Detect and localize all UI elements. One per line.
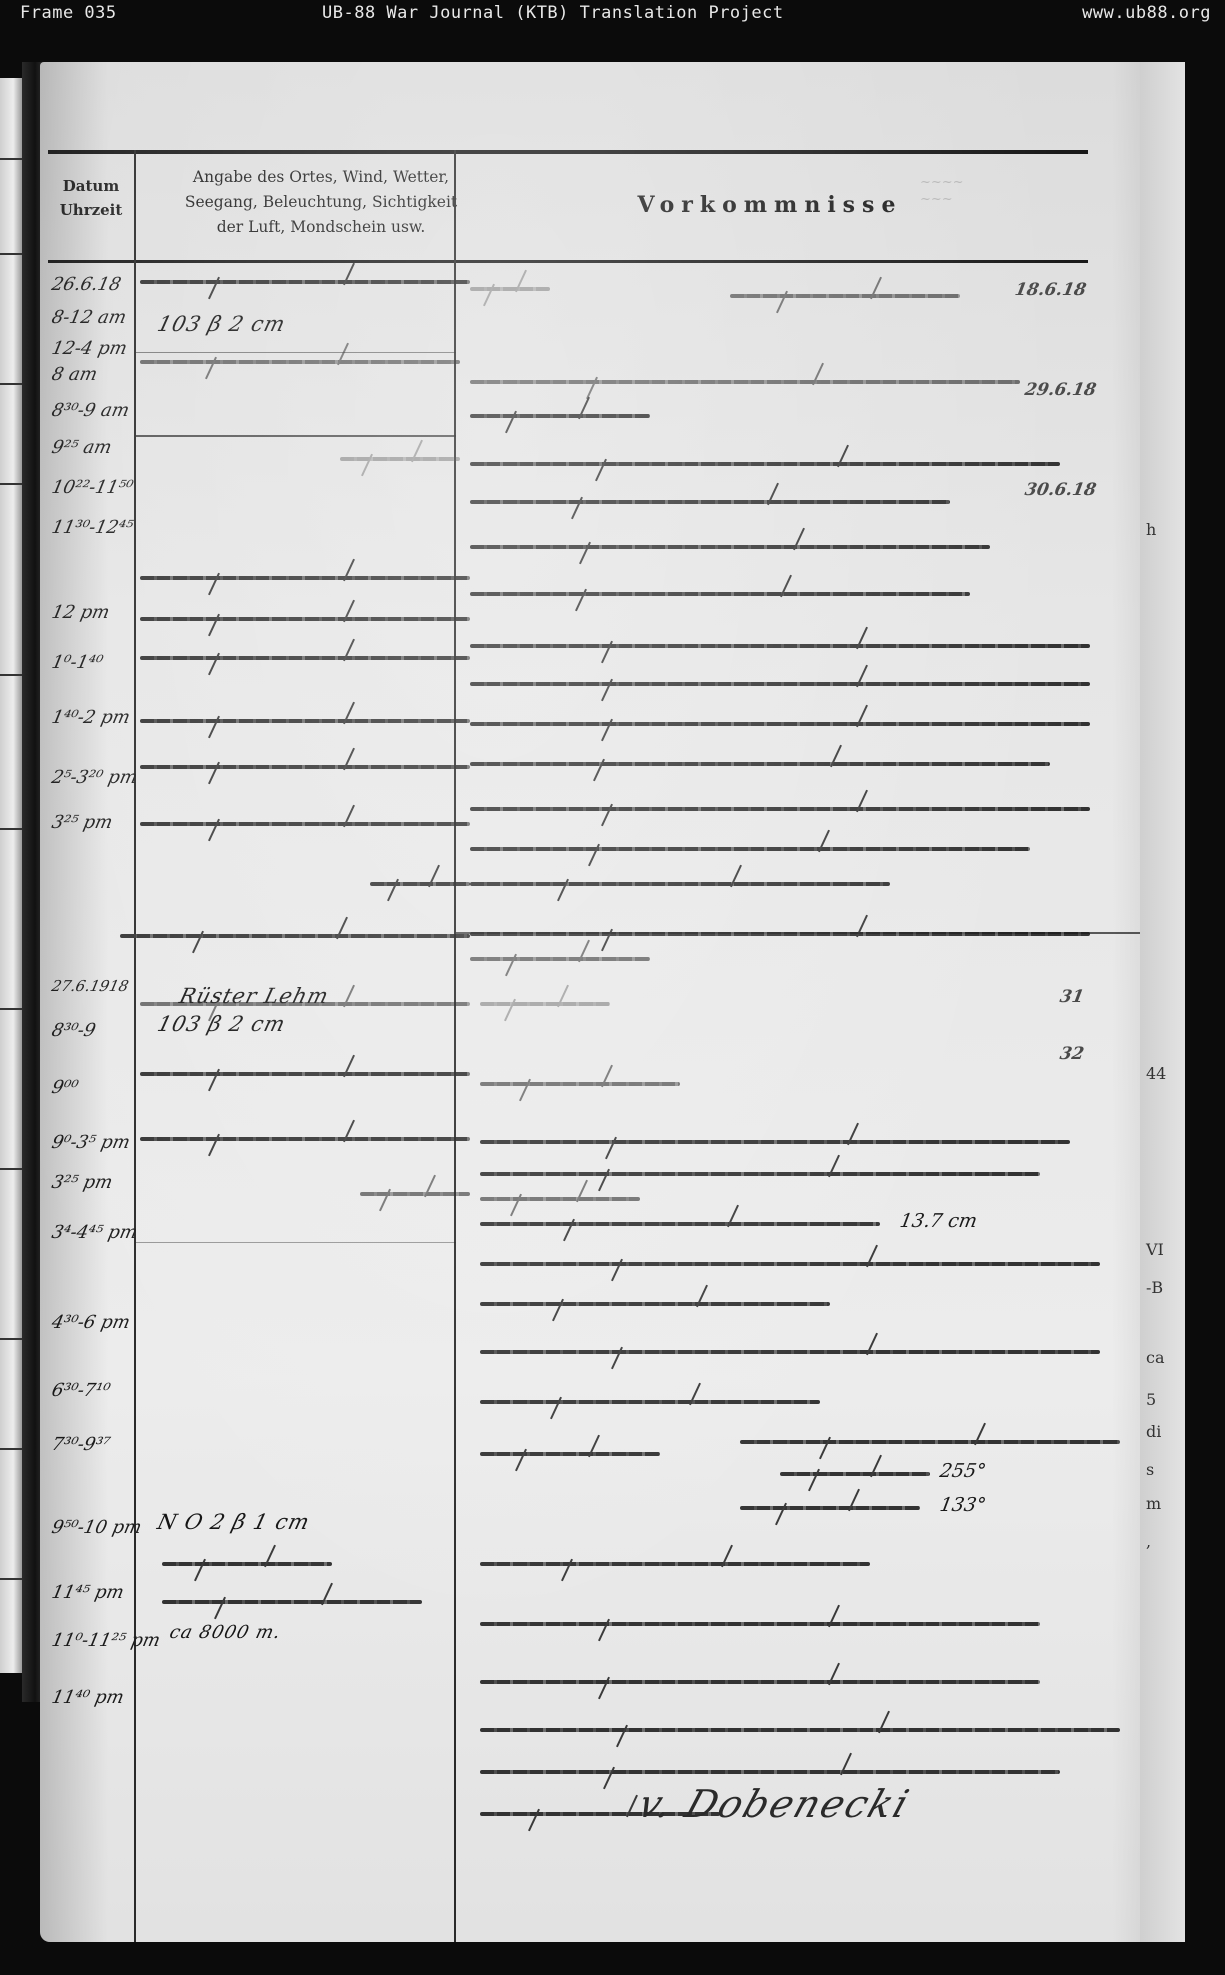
header-uhrzeit-label: Uhrzeit (48, 198, 134, 222)
margin-mark: s (1146, 1460, 1154, 1479)
location-entry: 103 β 2 cm (155, 312, 288, 336)
row-rule (136, 435, 456, 437)
margin-mark: 5 (1146, 1390, 1156, 1409)
bleedthrough-number: 18.6.18 (1013, 280, 1088, 300)
handwritten-line (470, 414, 650, 418)
time-entry: 11⁴⁰ pm (50, 1687, 146, 1708)
time-entry: 27.6.1918 (50, 977, 146, 995)
handwritten-line (140, 617, 470, 621)
margin-mark: , (1146, 1532, 1151, 1551)
handwritten-line (480, 1082, 680, 1086)
adjacent-page-margin: h 44 VI -B ca 5 di s m , (1140, 62, 1185, 1942)
commander-signature: v. Dobenecki (633, 1782, 916, 1826)
location-entry: 103 β 2 cm (155, 1012, 288, 1036)
handwritten-line (480, 1302, 830, 1306)
header-bottom-rule (48, 260, 1088, 263)
handwritten-line (470, 682, 1090, 686)
header-angabe-line1: Angabe des Ortes, Wind, Wetter, (140, 165, 502, 190)
time-entry: 9⁰-3⁵ pm (50, 1132, 146, 1153)
handwritten-line (470, 545, 990, 549)
margin-mark: ca (1146, 1348, 1165, 1367)
time-entry: 10²²-11⁵⁰ (50, 477, 146, 498)
time-entry: 26.6.18 (50, 274, 146, 295)
handwritten-line (740, 1440, 1120, 1444)
handwritten-line (140, 765, 470, 769)
handwritten-line (480, 1400, 820, 1404)
handwritten-line (480, 1262, 1100, 1266)
handwritten-line (470, 287, 550, 291)
bleedthrough-number: 30.6.18 (1023, 480, 1098, 500)
caliber-value: 13.7 cm (898, 1210, 979, 1232)
margin-mark: h (1146, 520, 1156, 539)
time-entry: 9⁵⁰-10 pm (50, 1517, 146, 1538)
column-divider-angabe (454, 150, 456, 1942)
handwritten-line (162, 1600, 422, 1604)
handwritten-line (480, 1562, 870, 1566)
handwritten-line (140, 1002, 470, 1006)
time-entry: 9²⁵ am (50, 437, 146, 458)
bearing-value: 133° (938, 1494, 988, 1516)
row-rule (136, 352, 456, 353)
header-datum: Datum Uhrzeit (48, 174, 134, 222)
margin-mark: 44 (1146, 1064, 1166, 1083)
handwritten-line (470, 462, 1060, 466)
handwritten-line (140, 719, 470, 723)
handwritten-line (480, 1728, 1120, 1732)
handwritten-line (730, 294, 960, 298)
time-entry: 3⁴-4⁴⁵ pm (50, 1222, 146, 1243)
frame-number: Frame 035 (20, 3, 117, 23)
handwritten-line (470, 592, 970, 596)
handwritten-line (470, 882, 890, 886)
handwritten-line (780, 1472, 930, 1476)
handwritten-line (480, 1002, 610, 1006)
time-entry: 1⁴⁰-2 pm (50, 707, 146, 728)
handwritten-line (470, 500, 950, 504)
project-title: UB-88 War Journal (KTB) Translation Proj… (322, 3, 784, 23)
handwritten-line (120, 934, 470, 938)
time-entry: 3²⁵ pm (50, 1172, 146, 1193)
margin-mark: m (1146, 1494, 1161, 1513)
time-entry: 11³⁰-12⁴⁵ (50, 517, 146, 538)
time-entry: 3²⁵ pm (50, 812, 146, 833)
header-angabe-line3: der Luft, Mondschein usw. (140, 215, 502, 240)
handwritten-line (162, 1562, 332, 1566)
time-entry: 11⁰-11²⁵ pm (50, 1630, 146, 1651)
handwritten-line (480, 1350, 1100, 1354)
bleedthrough-number: 29.6.18 (1023, 380, 1098, 400)
handwritten-line (470, 807, 1090, 811)
handwritten-line (140, 1137, 470, 1141)
handwritten-line (480, 1680, 1040, 1684)
margin-mark: di (1146, 1422, 1161, 1441)
header-angabe-line2: Seegang, Beleuchtung, Sichtigkeit (140, 190, 502, 215)
margin-mark: -B (1146, 1278, 1163, 1297)
header-top-rule (48, 150, 1088, 154)
time-entry: 2⁵-3²⁰ pm (50, 767, 146, 788)
handwritten-line (740, 1506, 920, 1510)
handwritten-line (470, 380, 1020, 384)
handwritten-line (470, 644, 1090, 648)
handwritten-line (370, 882, 470, 886)
previous-page-edge (0, 78, 22, 1673)
handwritten-line (140, 656, 470, 660)
time-entry: 9⁰⁰ (50, 1077, 146, 1098)
bleedthrough-number: 32 (1058, 1044, 1085, 1064)
handwritten-line (470, 957, 650, 961)
microfilm-banner: Frame 035 UB-88 War Journal (KTB) Transl… (0, 0, 1225, 30)
time-entry: 7³⁰-9³⁷ (50, 1434, 146, 1455)
bearing-value: 255° (938, 1460, 988, 1482)
time-entry: 8-12 am (50, 307, 146, 328)
time-entry: 6³⁰-7¹⁰ (50, 1380, 146, 1401)
location-entry: N O 2 β 1 cm (155, 1510, 312, 1534)
journal-page: Datum Uhrzeit Angabe des Ortes, Wind, We… (40, 62, 1180, 1942)
handwritten-line (360, 1192, 470, 1196)
time-entry: 8³⁰-9 (50, 1020, 146, 1041)
handwritten-line (470, 847, 1030, 851)
handwritten-line (480, 1770, 1060, 1774)
project-url[interactable]: www.ub88.org (1082, 3, 1211, 23)
time-entry: 1⁰-1⁴⁰ (50, 652, 146, 673)
header-datum-label: Datum (48, 174, 134, 198)
handwritten-line (470, 722, 1090, 726)
time-entry: 11⁴⁵ pm (50, 1582, 146, 1603)
handwritten-line (480, 1172, 1040, 1176)
handwritten-line (340, 457, 460, 461)
time-entry: 8 am (50, 364, 146, 385)
bleedthrough-text: ~~~~~~~ (920, 174, 964, 208)
handwritten-line (480, 1197, 640, 1201)
handwritten-line (140, 1072, 470, 1076)
handwritten-strikethrough (140, 280, 470, 284)
handwritten-line (140, 576, 470, 580)
location-entry: ca 8000 m. (167, 1622, 283, 1643)
time-entry: 12 pm (50, 602, 146, 623)
handwritten-line (140, 822, 470, 826)
handwritten-line (480, 1622, 1040, 1626)
row-rule (136, 1242, 456, 1243)
time-entry: 12-4 pm (50, 338, 146, 359)
time-entry: 4³⁰-6 pm (50, 1312, 146, 1333)
handwritten-line (470, 932, 1090, 936)
handwritten-line (480, 1222, 880, 1226)
header-angabe: Angabe des Ortes, Wind, Wetter, Seegang,… (140, 165, 502, 240)
time-entry: 8³⁰-9 am (50, 400, 146, 421)
handwritten-line (140, 360, 460, 364)
handwritten-line (480, 1452, 660, 1456)
bleedthrough-number: 31 (1058, 987, 1085, 1007)
handwritten-line (470, 762, 1050, 766)
margin-mark: VI (1146, 1240, 1164, 1259)
handwritten-line (480, 1140, 1070, 1144)
